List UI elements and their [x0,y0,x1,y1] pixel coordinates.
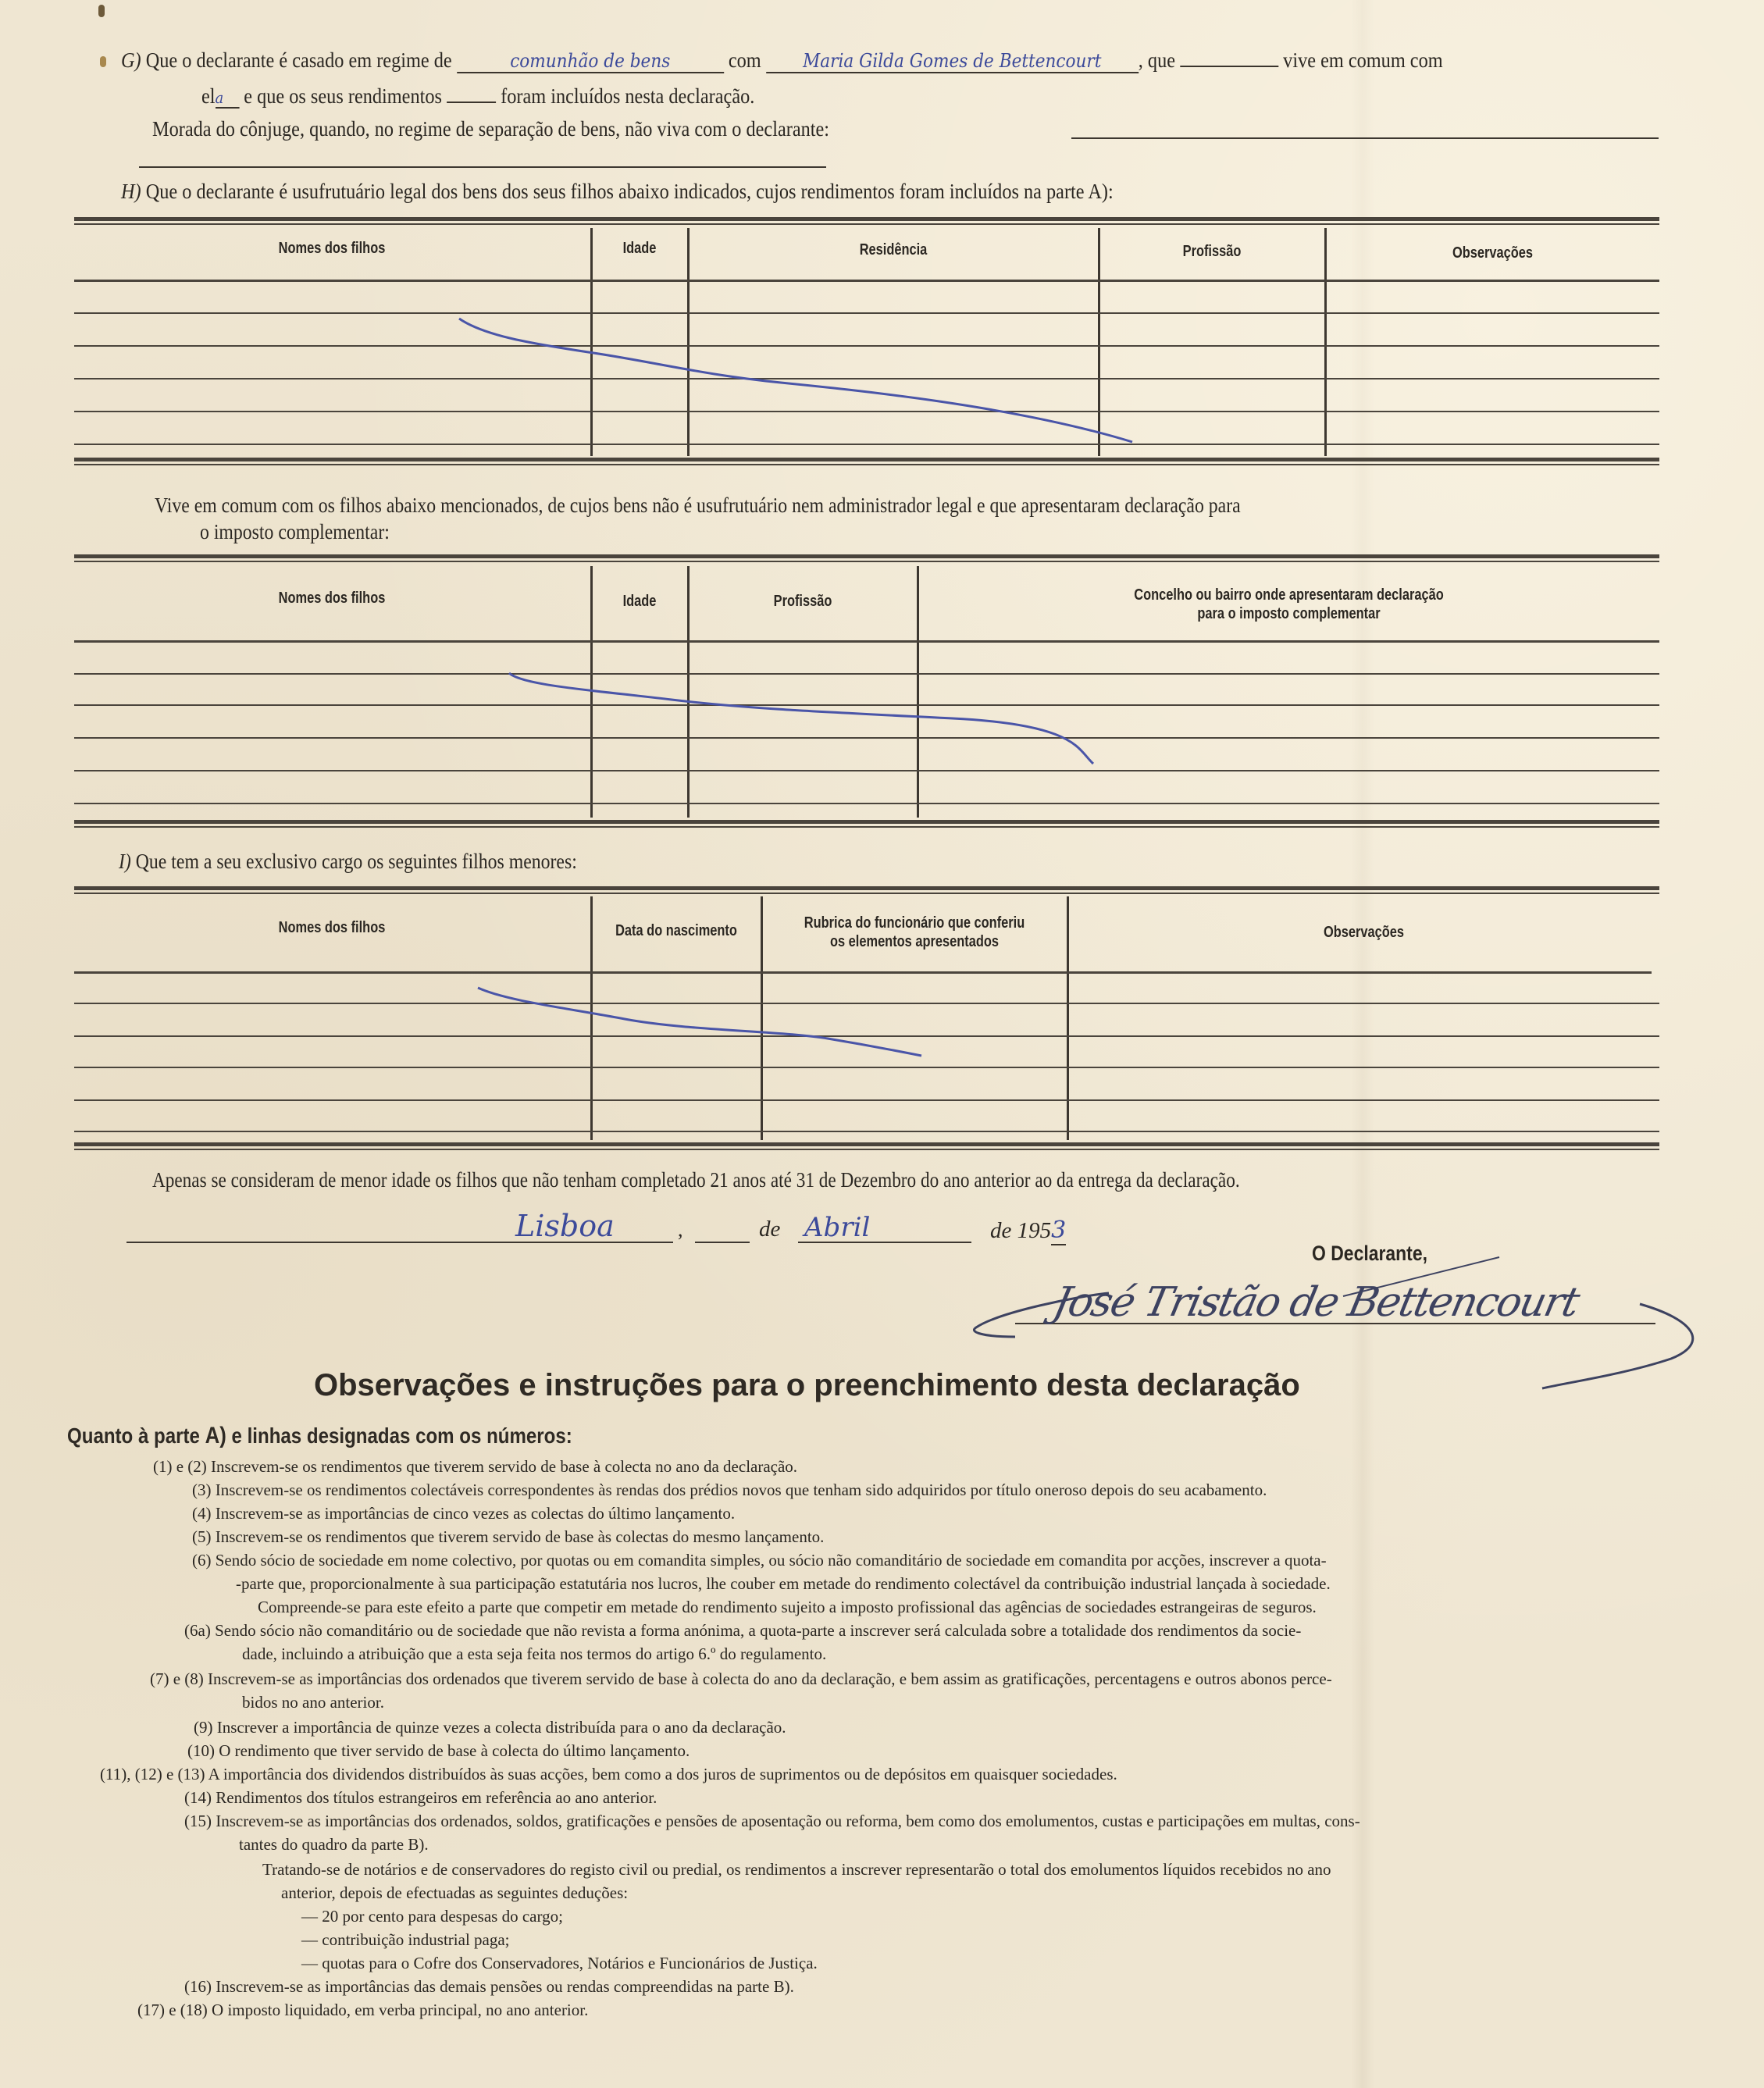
note-item: (11), (12) e (13) A importância dos divi… [100,1765,1117,1784]
note-item: (6) Sendo sócio de sociedade em nome col… [192,1551,1327,1570]
note-item: Compreende-se para este efeito a parte q… [258,1598,1317,1617]
subtitle-part-a-letter: A) [205,1423,226,1448]
note-item: Tratando-se de notários e de conservador… [262,1860,1331,1880]
subtitle-part-c: e linhas designadas com os números: [232,1423,572,1448]
note-text: Compreende-se para este efeito a parte q… [258,1598,1317,1616]
note-item: (16) Inscrevem-se as importâncias das de… [184,1977,794,1997]
note-item: -parte que, proporcionalmente à sua part… [236,1574,1331,1594]
note-item: (3) Inscrevem-se os rendimentos colectáv… [192,1480,1267,1500]
note-text: Rendimentos dos títulos estrangeiros em … [216,1788,657,1807]
note-ref: (14) [184,1788,212,1807]
note-item: — 20 por cento para despesas do cargo; [301,1907,563,1926]
note-text: dade, incluindo a atribuição que a esta … [242,1644,826,1663]
note-text: Inscrevem-se as importâncias dos ordenad… [216,1812,1360,1830]
note-ref: (17) e (18) [137,2001,208,2019]
note-text: — 20 por cento para despesas do cargo; [301,1907,563,1926]
note-item: (6a) Sendo sócio não comanditário ou de … [184,1621,1301,1641]
subtitle-part-a: Quanto à parte [67,1423,200,1448]
note-ref: (4) [192,1504,212,1523]
note-text: tantes do quadro da parte B). [239,1835,429,1854]
note-item: (10) O rendimento que tiver servido de b… [187,1741,690,1761]
note-text: anterior, depois de efectuadas as seguin… [281,1883,628,1902]
note-text: Sendo sócio de sociedade em nome colecti… [216,1551,1327,1570]
note-item: (9) Inscrever a importância de quinze ve… [194,1718,786,1737]
note-text: Inscrevem-se os rendimentos que tiverem … [211,1457,797,1476]
note-text: Inscrevem-se as importâncias de cinco ve… [216,1504,735,1523]
note-text: bidos no ano anterior. [242,1693,384,1712]
note-item: — quotas para o Cofre dos Conservadores,… [301,1954,818,1973]
note-text: O imposto liquidado, em verba principal,… [212,2001,588,2019]
note-ref: (6a) [184,1621,211,1640]
note-item: (17) e (18) O imposto liquidado, em verb… [137,2001,588,2020]
ink-mark [100,56,106,67]
note-item: — contribuição industrial paga; [301,1930,510,1950]
instructions-subtitle: Quanto à parte A) e linhas designadas co… [67,1423,572,1449]
note-text: Tratando-se de notários e de conservador… [262,1860,1331,1879]
note-text: Inscrevem-se as importâncias dos ordenad… [208,1669,1332,1688]
note-item: (14) Rendimentos dos títulos estrangeiro… [184,1788,657,1808]
note-ref: (7) e (8) [150,1669,204,1688]
note-text: -parte que, proporcionalmente à sua part… [236,1574,1331,1593]
note-text: Sendo sócio não comanditário ou de socie… [215,1621,1301,1640]
note-text: — contribuição industrial paga; [301,1930,510,1949]
note-text: Inscrevem-se os rendimentos colectáveis … [216,1480,1267,1499]
note-ref: (16) [184,1977,212,1996]
note-item: (5) Inscrevem-se os rendimentos que tive… [192,1527,824,1547]
note-text: Inscrevem-se as importâncias das demais … [216,1977,794,1996]
note-ref: (10) [187,1741,215,1760]
note-ref: (1) e (2) [153,1457,207,1476]
note-item: (15) Inscrevem-se as importâncias dos or… [184,1812,1360,1831]
note-item: dade, incluindo a atribuição que a esta … [242,1644,826,1664]
note-text: — quotas para o Cofre dos Conservadores,… [301,1954,818,1972]
note-item: tantes do quadro da parte B). [239,1835,429,1855]
ink-mark [98,5,105,17]
note-item: (4) Inscrevem-se as importâncias de cinc… [192,1504,735,1523]
instructions-title: Observações e instruções para o preenchi… [314,1368,1300,1403]
note-ref: (3) [192,1480,212,1499]
note-text: Inscrever a importância de quinze vezes … [217,1718,786,1737]
note-ref: (6) [192,1551,212,1570]
note-item: anterior, depois de efectuadas as seguin… [281,1883,628,1903]
note-item: bidos no ano anterior. [242,1693,384,1712]
note-item: (1) e (2) Inscrevem-se os rendimentos qu… [153,1457,797,1477]
note-text: Inscrevem-se os rendimentos que tiverem … [216,1527,825,1546]
note-ref: (9) [194,1718,213,1737]
note-ref: (5) [192,1527,212,1546]
note-ref: (15) [184,1812,212,1830]
note-text: A importância dos dividendos distribuído… [208,1765,1117,1783]
note-text: O rendimento que tiver servido de base à… [219,1741,690,1760]
note-ref: (11), (12) e (13) [100,1765,205,1783]
note-item: (7) e (8) Inscrevem-se as importâncias d… [150,1669,1332,1689]
